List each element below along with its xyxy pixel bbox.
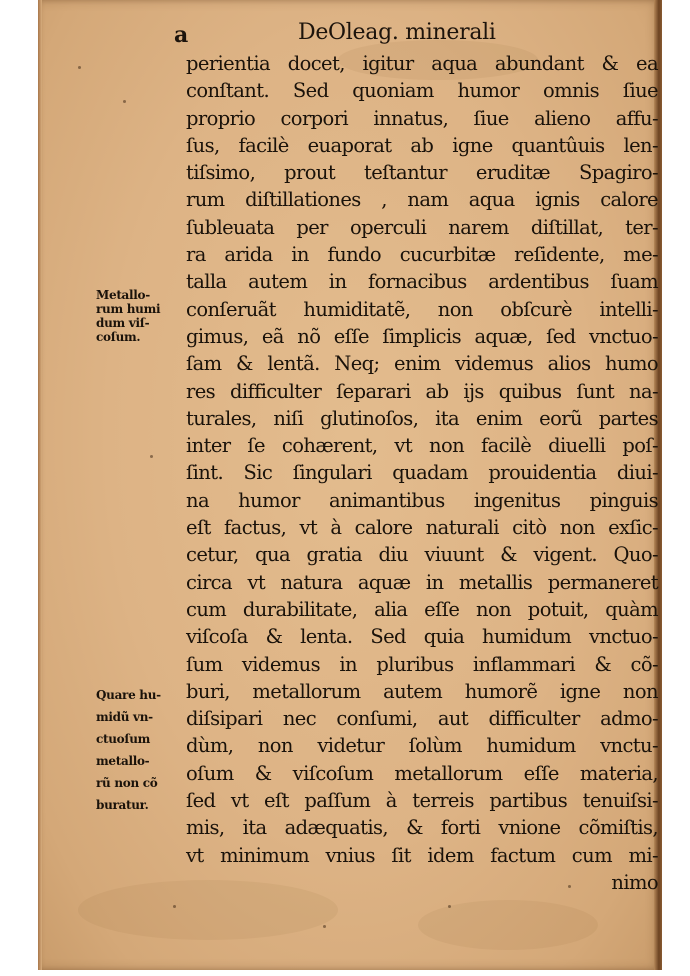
text-line: cetur, qua gratia diu viuunt & vigent. Q… — [186, 541, 658, 568]
paper-speck — [123, 100, 126, 103]
text-line: ſus, facilè euaporat ab igne quantûuis l… — [186, 132, 658, 159]
paper-speck — [78, 66, 81, 69]
paper-speck — [150, 455, 153, 458]
paper-stain — [418, 900, 598, 950]
margin-note-line: coſum. — [96, 330, 188, 344]
book-page: a DeOleag. minerali Metallo- rum humi du… — [38, 0, 662, 970]
margin-note-line: ctuoſum — [96, 728, 188, 750]
text-line: mis, ita adæquatis, & forti vnione cõmiſ… — [186, 814, 658, 841]
running-head: DeOleag. minerali — [298, 20, 496, 45]
margin-note-line: buratur. — [96, 794, 188, 816]
text-line: vt minimum vnius ſit idem factum cum mi- — [186, 842, 658, 869]
text-line: tiſsimo, prout teſtantur eruditæ Spagiro… — [186, 159, 658, 186]
text-line: proprio corpori innatus, ſiue alieno aff… — [186, 105, 658, 132]
text-line: oſum & viſcoſum metallorum eſſe materia, — [186, 760, 658, 787]
margin-note-line: rũ non cõ — [96, 772, 188, 794]
text-line: rum diſtillationes , nam aqua ignis calo… — [186, 186, 658, 213]
margin-note-line: metallo- — [96, 750, 188, 772]
paper-speck — [448, 905, 451, 908]
text-line: buri, metallorum autem humorẽ igne non — [186, 678, 658, 705]
margin-note-line: midũ vn- — [96, 706, 188, 728]
text-line: talla autem in fornacibus ardentibus ſua… — [186, 268, 658, 295]
body-text: perientia docet, igitur aqua abundant & … — [186, 50, 658, 896]
text-line: diſsipari nec conſumi, aut difficulter a… — [186, 705, 658, 732]
page-header: a DeOleag. minerali — [38, 18, 662, 54]
catchword: nimo — [186, 869, 658, 896]
margin-note-1: Metallo- rum humi dum viſ- coſum. — [96, 288, 188, 344]
text-line: eſt factus, vt à calore naturali citò no… — [186, 514, 658, 541]
text-line: gimus, eã nõ eſſe ſimplicis aquæ, ſed vn… — [186, 323, 658, 350]
text-line: viſcoſa & lenta. Sed quia humidum vnctuo… — [186, 623, 658, 650]
text-line: conſeruãt humiditatẽ, non obſcurè intell… — [186, 296, 658, 323]
text-line: dùm, non videtur ſolùm humidum vnctu- — [186, 732, 658, 759]
text-line: inter ſe cohærent, vt non facilè diuelli… — [186, 432, 658, 459]
margin-note-line: dum viſ- — [96, 316, 188, 330]
text-line: circa vt natura aquæ in metallis permane… — [186, 569, 658, 596]
paper-speck — [173, 905, 176, 908]
text-line: ſam & lentã. Neq; enim videmus alios hum… — [186, 350, 658, 377]
margin-note-2: Quare hu- midũ vn- ctuoſum metallo- rũ n… — [96, 684, 188, 816]
text-line: conſtant. Sed quoniam humor omnis ſiue — [186, 77, 658, 104]
margin-note-line: rum humi — [96, 302, 188, 316]
margin-note-line: Quare hu- — [96, 684, 188, 706]
page-left-edge — [38, 0, 42, 970]
text-line: na humor animantibus ingenitus pinguis — [186, 487, 658, 514]
margin-note-line: Metallo- — [96, 288, 188, 302]
text-line: ra arida in fundo cucurbitæ reſidente, m… — [186, 241, 658, 268]
text-line: res difficulter ſeparari ab ijs quibus ſ… — [186, 378, 658, 405]
text-line: cum durabilitate, alia eſſe non potuit, … — [186, 596, 658, 623]
text-line: turales, niſi glutinoſos, ita enim eorũ … — [186, 405, 658, 432]
text-line: ſum videmus in pluribus inflammari & cõ- — [186, 651, 658, 678]
text-line: ſint. Sic ſingulari quadam prouidentia d… — [186, 459, 658, 486]
text-line: ſed vt eſt paſſum à terreis partibus ten… — [186, 787, 658, 814]
text-line: perientia docet, igitur aqua abundant & … — [186, 50, 658, 77]
signature-mark: a — [174, 22, 188, 48]
text-line: ſubleuata per operculi narem diſtillat, … — [186, 214, 658, 241]
paper-speck — [323, 925, 326, 928]
